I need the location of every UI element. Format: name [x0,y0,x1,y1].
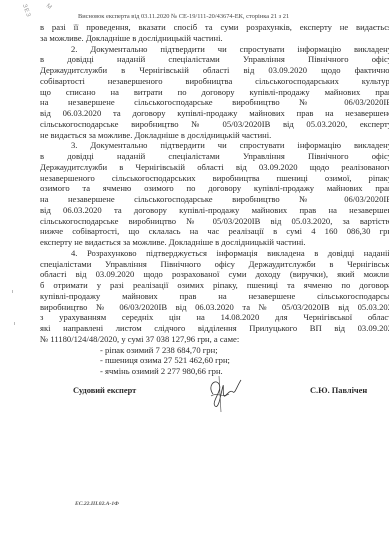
text-line: собівартості незавершеного виробництва с… [40,76,389,87]
item-2-paragraph: 2. Документально підтвердити чи спростув… [40,44,389,141]
item-3-paragraph: 3. Документально підтвердити чи спростув… [40,140,389,248]
text-line: сільськогосподарське виробництво № 05/03… [40,119,389,130]
list-item: - пшениця озима 27 521 462,60 грн; [100,355,389,366]
text-line: спеціалістами Управління Північного офіс… [40,259,389,270]
text-line: озимого та ячменю озимого по договору ку… [40,183,389,194]
signature-block: Судовий експерт С.Ю. Павлічен [0,378,389,418]
text-line: Держаудитслужби в Чернігівській області … [40,162,389,173]
text-line: які направлені листом слідчого відділенн… [40,323,389,334]
signer-role: Судовий експерт [73,386,136,395]
text-line: виробництво № 06/03/2020ІВ від 06.03.202… [40,302,389,313]
text-line: в довідці наданій спеціалістами Управлін… [40,54,389,65]
text-line: № 11180/124/48/2020, у сумі 37 038 127,9… [40,334,389,345]
item-4-paragraph: 4. Розрахунково підтверджується інформац… [40,248,389,345]
text-line: від 06.03.2020 та договору купівлі-прода… [40,205,389,216]
scan-speck [14,322,15,325]
text-line: 4. Розрахунково підтверджується інформац… [40,248,389,259]
list-item: - ріпак озимий 7 238 684,70 грн; [100,345,389,356]
text-line: на незавершене сільськогосподарське виро… [40,194,389,205]
document-body: в разі її проведення, вказати спосіб та … [40,22,389,377]
text-line: нижче собівартості, що склалась на час р… [40,226,389,237]
text-line: сільськогосподарське виробництво № 05/03… [40,216,389,227]
text-line: в довідці наданій спеціалістами Управлін… [40,151,389,162]
text-line: Держаудитслужби в Чернігівській області … [40,65,389,76]
text-line: купівлі-продажу майнових прав на незавер… [40,291,389,302]
handwritten-signature-icon [205,372,245,414]
text-line: від 06.03.2020 та договору купівлі-прода… [40,108,389,119]
text-line: області від 03.09.2020 щодо розрахованої… [40,269,389,280]
text-line: з урахуванням середніх цін на 14.08.2020… [40,312,389,323]
margin-stamp-mark: ЗЕЗ [21,3,31,18]
intro-paragraph: в разі її проведення, вказати спосіб та … [40,22,389,44]
text-line: незавершеного сільськогосподарських виро… [40,173,389,184]
text-line: в разі її проведення, вказати спосіб та … [40,22,389,33]
text-line: за можливе. Докладніше в дослідницькій ч… [40,33,389,44]
document-page: ЗЕЗ М Висновок експерта від 03.11.2020 №… [0,0,389,535]
text-line: 2. Документально підтвердити чи спростув… [40,44,389,55]
text-line: експерту не видається за можливе. Доклад… [40,237,389,248]
text-line: на незавершене сільськогосподарське виро… [40,97,389,108]
signer-name: С.Ю. Павлічен [310,386,367,395]
form-code: ЕС.22.ІІІ.02.А-1Ф [75,501,119,507]
text-line: не видається за можливе. Докладніше в до… [40,130,389,141]
text-line: б отримати у разі реалізації озимих ріпа… [40,280,389,291]
running-header: Висновок експерта від 03.11.2020 № СЕ-19… [78,13,289,20]
margin-stamp-mark: М [45,3,53,11]
scan-speck [12,290,13,293]
text-line: що списано на витрати по договору купівл… [40,87,389,98]
text-line: 3. Документально підтвердити чи спростув… [40,140,389,151]
